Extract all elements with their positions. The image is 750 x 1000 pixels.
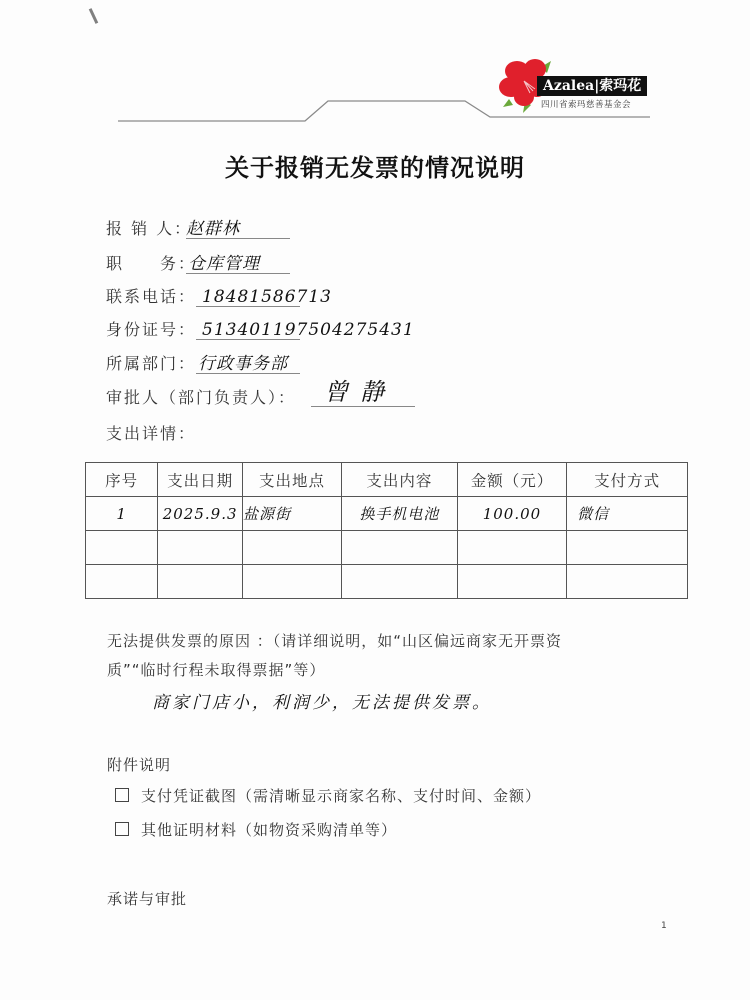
- cell-content: [342, 565, 458, 599]
- field-value-phone: 18481586713: [202, 282, 332, 312]
- commitment-heading: 承诺与审批: [107, 884, 187, 914]
- cell-amount: 100.00: [457, 497, 566, 531]
- page-number: 1: [661, 921, 667, 931]
- logo-org-name: 四川省索玛慈善基金会: [541, 98, 631, 110]
- field-id-number: 身份证号： 513401197504275431: [106, 315, 196, 345]
- cell-payment-method: [567, 565, 688, 599]
- reason-prompt-line2: 质”“临时行程未取得票据”等）: [107, 655, 325, 685]
- logo-brand-en: Azalea: [543, 78, 594, 94]
- foundation-logo: Azalea|索玛花 四川省索玛慈善基金会: [497, 55, 677, 115]
- attachments-heading: 附件说明: [107, 750, 171, 780]
- document-title: 关于报销无发票的情况说明: [0, 148, 750, 183]
- cell-payment-method: 微信: [567, 497, 688, 531]
- expense-table: 序号 支出日期 支出地点 支出内容 金额（元） 支付方式 1 2025.9.3 …: [85, 462, 688, 599]
- header-amount: 金额（元）: [457, 463, 566, 497]
- cell-amount: [457, 565, 566, 599]
- cell-location: [242, 531, 341, 565]
- field-value-approver: 曾静: [324, 377, 396, 407]
- table-row: 1 2025.9.3 盐源街 换手机电池 100.00 微信: [86, 497, 688, 531]
- field-label: 身份证号：: [106, 315, 196, 345]
- field-label: 审批人（部门负责人）：: [106, 383, 296, 413]
- reason-prompt-line1: 无法提供发票的原因 ：（请详细说明，如“山区偏远商家无开票资: [107, 626, 562, 656]
- attachment-item: 支付凭证截图（需清晰显示商家名称、支付时间、金额）: [115, 781, 541, 811]
- field-value-id-number: 513401197504275431: [202, 315, 415, 345]
- header-content: 支出内容: [342, 463, 458, 497]
- table-header-row: 序号 支出日期 支出地点 支出内容 金额（元） 支付方式: [86, 463, 688, 497]
- attachment-item: 其他证明材料（如物资采购清单等）: [115, 815, 397, 845]
- cell-date: [158, 565, 243, 599]
- cell-index: [86, 531, 158, 565]
- cell-location: 盐源街: [242, 497, 341, 531]
- cell-index: 1: [86, 497, 158, 531]
- cell-date: 2025.9.3: [158, 497, 243, 531]
- field-value-claimant: 赵群林: [186, 214, 240, 244]
- checkbox-other-materials[interactable]: [115, 822, 129, 836]
- document-page: Azalea|索玛花 四川省索玛慈善基金会 关于报销无发票的情况说明 报 销 人…: [0, 0, 750, 1000]
- header-index: 序号: [86, 463, 158, 497]
- attachment-label: 支付凭证截图（需清晰显示商家名称、支付时间、金额）: [141, 787, 541, 805]
- logo-brand-cn: 索玛花: [599, 78, 641, 94]
- cell-content: 换手机电池: [342, 497, 458, 531]
- table-row: [86, 565, 688, 599]
- cell-location: [242, 565, 341, 599]
- header-date: 支出日期: [158, 463, 243, 497]
- table-row: [86, 531, 688, 565]
- field-phone: 联系电话： 18481586713: [106, 282, 196, 312]
- expense-section-label: 支出详情：: [106, 419, 196, 449]
- field-approver: 审批人（部门负责人）： 曾静: [106, 383, 296, 413]
- field-claimant: 报 销 人： 赵群林: [106, 214, 192, 244]
- cell-payment-method: [567, 531, 688, 565]
- reason-answer: 商家门店小，利润少，无法提供发票。: [152, 688, 492, 713]
- underline: [186, 238, 290, 239]
- attachment-label: 其他证明材料（如物资采购清单等）: [141, 821, 397, 839]
- checkbox-payment-screenshot[interactable]: [115, 788, 129, 802]
- cell-amount: [457, 531, 566, 565]
- underline: [311, 406, 415, 407]
- header-payment-method: 支付方式: [567, 463, 688, 497]
- field-label: 所属部门：: [106, 349, 196, 379]
- field-department: 所属部门： 行政事务部: [106, 349, 196, 379]
- underline: [196, 306, 300, 307]
- cell-date: [158, 531, 243, 565]
- field-value-position: 仓库管理: [188, 249, 260, 279]
- field-label: 职 务：: [106, 249, 196, 279]
- header-location: 支出地点: [242, 463, 341, 497]
- cell-content: [342, 531, 458, 565]
- underline: [186, 273, 290, 274]
- underline: [196, 339, 300, 340]
- field-label: 联系电话：: [106, 282, 196, 312]
- logo-wordmark: Azalea|索玛花: [537, 76, 647, 96]
- underline: [196, 373, 300, 374]
- field-value-department: 行政事务部: [198, 349, 288, 379]
- cell-index: [86, 565, 158, 599]
- field-position: 职 务： 仓库管理: [106, 249, 196, 279]
- field-label: 报 销 人：: [106, 214, 192, 244]
